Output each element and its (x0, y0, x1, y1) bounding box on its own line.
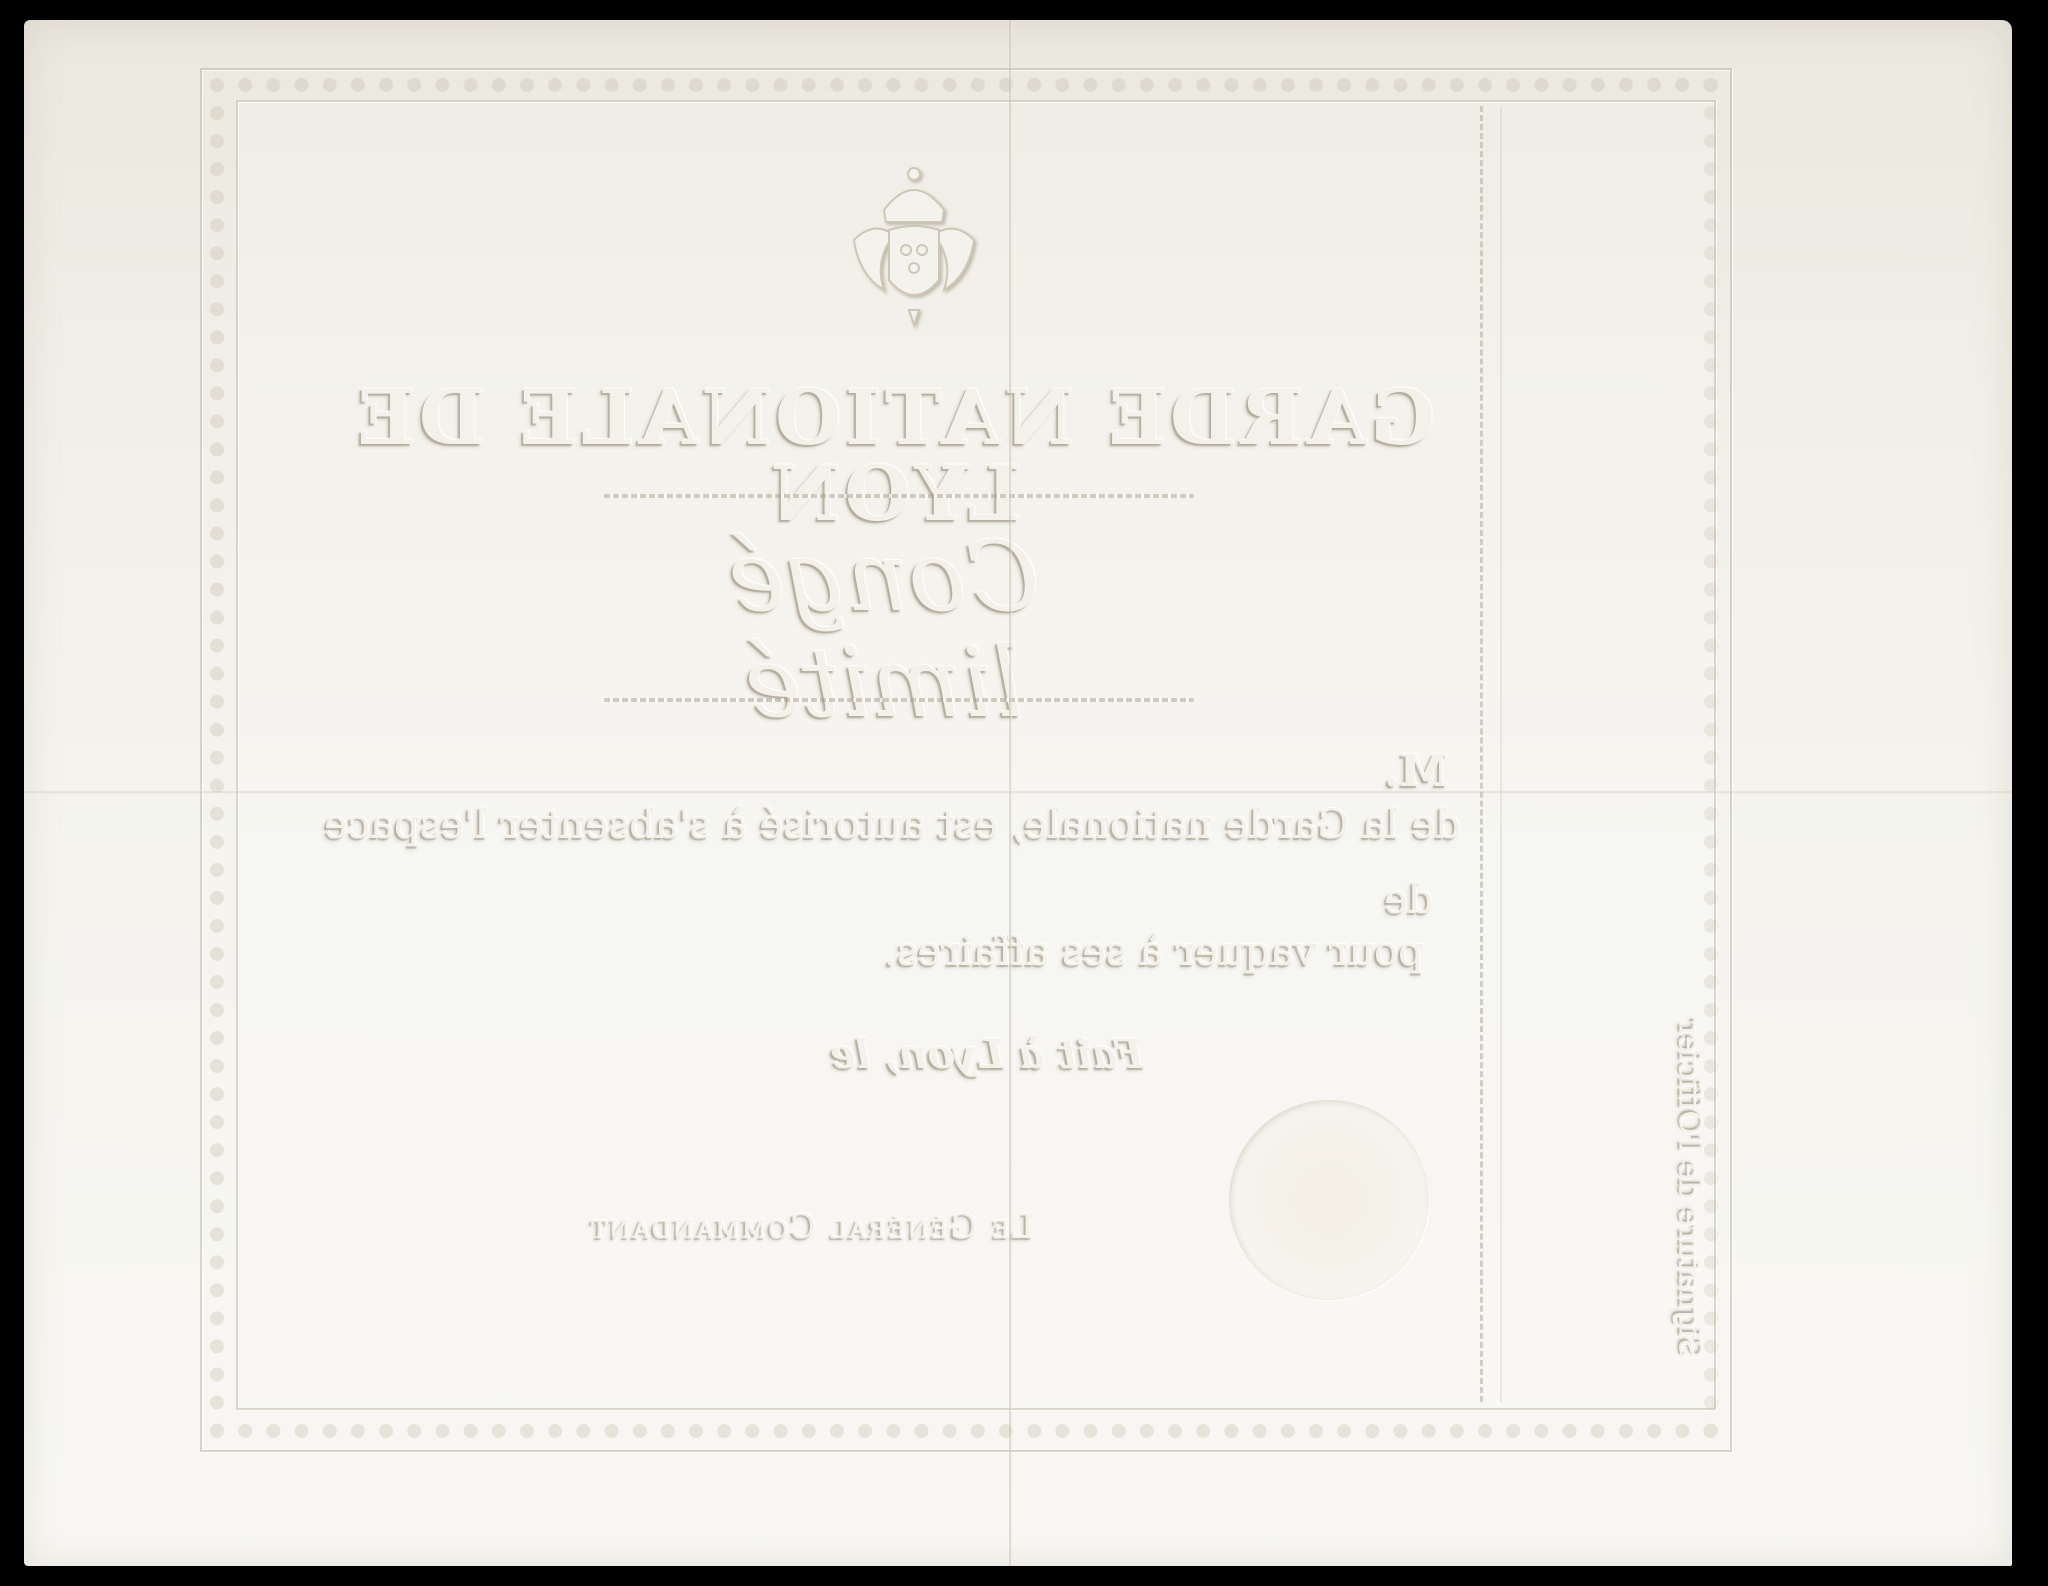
body-line-m: M. (1384, 750, 1448, 794)
body-line-1: de la Garde nationale, est autorisé à s'… (324, 805, 1424, 845)
document-subtitle: Congé limité (624, 525, 1144, 736)
body-m-text: M. (1384, 750, 1448, 794)
document-title: GARDE NATIONALE DE LYON (314, 380, 1474, 532)
body-line-fait: Fait à Lyon, le (764, 1035, 1144, 1075)
seal-circle (1229, 1100, 1429, 1300)
body-line-1-text: de la Garde nationale, est autorisé à s'… (324, 805, 1461, 845)
subtitle-divider (604, 698, 1194, 702)
title-divider (604, 494, 1194, 498)
body-de-text: de (1384, 880, 1433, 920)
signature-text: Le Général Commandant (589, 1210, 1034, 1244)
body-line-de: de (1384, 880, 1433, 920)
stub-divider (1500, 106, 1502, 1402)
royal-crown-coat-of-arms-icon (814, 150, 1014, 350)
horizontal-fold-crease (24, 790, 2012, 794)
body-pour-text: pour vaquer à ses affaires. (884, 932, 1424, 972)
signature-label: Le Général Commandant (444, 1210, 1034, 1244)
subtitle-text: Congé limité (624, 525, 1144, 736)
stub-signature-label: Signature de l'Officier (1672, 1021, 1707, 1359)
body-line-pour: pour vaquer à ses affaires. (784, 932, 1424, 972)
document-paper: GARDE NATIONALE DE LYON Congé limité M. … (24, 20, 2012, 1566)
body-fait-text: Fait à Lyon, le (830, 1035, 1144, 1075)
stub-perforation-line (1480, 106, 1487, 1402)
title-text: GARDE NATIONALE DE LYON (314, 380, 1474, 532)
